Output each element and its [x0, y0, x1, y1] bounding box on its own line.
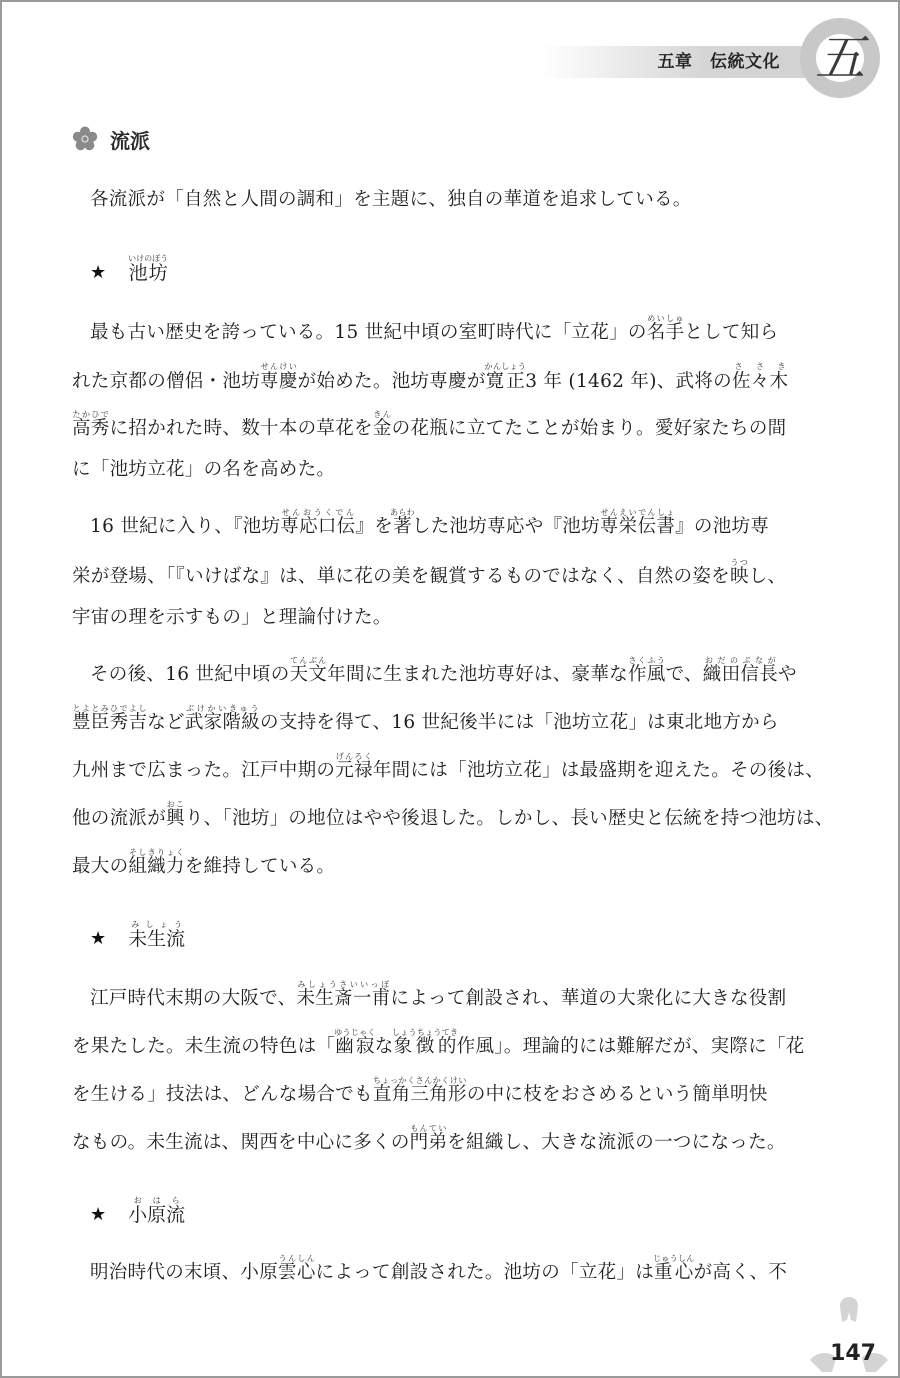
text-line: 豊臣秀吉とよとみひでよしなど武家階級ぶけかいきゅうの支持を得て、16 世紀後半に…: [72, 704, 779, 735]
text-line: その後、16 世紀中頃の天文てんぶん年間に生まれた池坊専好は、豪華な作風さくふう…: [90, 656, 797, 687]
school-name: 未生流みしょう: [128, 920, 185, 952]
chapter-number-glyph: 五: [800, 18, 880, 98]
text-line: 高秀たかひでに招かれた時、数十本の草花を金きんの花瓶に立てたことが始まり。愛好家…: [72, 410, 786, 441]
book-page: 五章 伝統文化 五 流派 各流派が「自然と人間の調和」を主題に、独自の華道を追求…: [0, 0, 900, 1378]
text-line: 九州まで広まった。江戸中期の元禄げんろく年間には「池坊立花」は最盛期を迎えた。そ…: [72, 752, 824, 783]
text-line: 栄が登場、「『いけばな』は、単に花の美を観賞するものではなく、自然の姿を映うつし…: [72, 558, 786, 589]
text-line: を果たした。未生流の特色は「幽寂ゆうじゃくな象徴的しょうちょうてき作風」。理論的…: [72, 1028, 805, 1059]
section-heading: 流派: [72, 122, 150, 156]
text-line: 宇宙の理を示すもの」と理論付けた。: [72, 606, 392, 630]
star-icon: ★: [90, 260, 106, 286]
text-line: なもの。未生流は、関西を中心に多くの門弟もんていを組織し、大きな流派の一つになっ…: [72, 1124, 786, 1155]
school-name: 小原流おはら: [128, 1196, 185, 1228]
page-number: 147: [830, 1341, 876, 1366]
school-name: 池坊いけのぼう: [128, 254, 168, 286]
school-heading-misho: ★ 未生流みしょう: [90, 920, 185, 952]
intro-paragraph: 各流派が「自然と人間の調和」を主題に、独自の華道を追求している。: [90, 188, 692, 212]
text-line: 明治時代の末頃、小原雲心うんしんによって創設された。池坊の「立花」は重心じゅうし…: [90, 1254, 787, 1285]
chapter-badge: 五: [800, 18, 880, 98]
star-icon: ★: [90, 926, 106, 952]
running-header-title: 五章 伝統文化: [658, 46, 781, 78]
text-line: 他の流派が興おこり、「池坊」の地位はやや後退した。しかし、長い歴史と伝統を持つ池…: [72, 800, 834, 831]
star-icon: ★: [90, 1202, 106, 1228]
section-title: 流派: [110, 125, 150, 154]
flower-icon: [72, 126, 98, 152]
school-heading-ohara: ★ 小原流おはら: [90, 1196, 185, 1228]
school-heading-ikenobo: ★ 池坊いけのぼう: [90, 254, 168, 286]
text-line: 江戸時代末期の大阪で、未生斎一甫みしょうさいいっぽによって創設され、華道の大衆化…: [90, 980, 786, 1011]
text-line: 最も古い歴史を誇っている。15 世紀中頃の室町時代に「立花」の名手めいしゅとして…: [90, 314, 778, 345]
text-line: れた京都の僧侶・池坊専慶せんけいが始めた。池坊専慶が寛正かんしょう3 年 (14…: [72, 362, 788, 394]
text-line: に「池坊立花」の名を高めた。: [72, 458, 335, 482]
text-line: 16 世紀に入り、『池坊専応口伝せんおうくでん』を著あらわした池坊専応や『池坊専…: [90, 508, 769, 539]
text-line: を生ける」技法は、どんな場合でも直角三角形ちょっかくさんかくけいの中に枝をおさめ…: [72, 1076, 768, 1107]
text-line: 最大の組織力そしきりょくを維持している。: [72, 848, 335, 879]
